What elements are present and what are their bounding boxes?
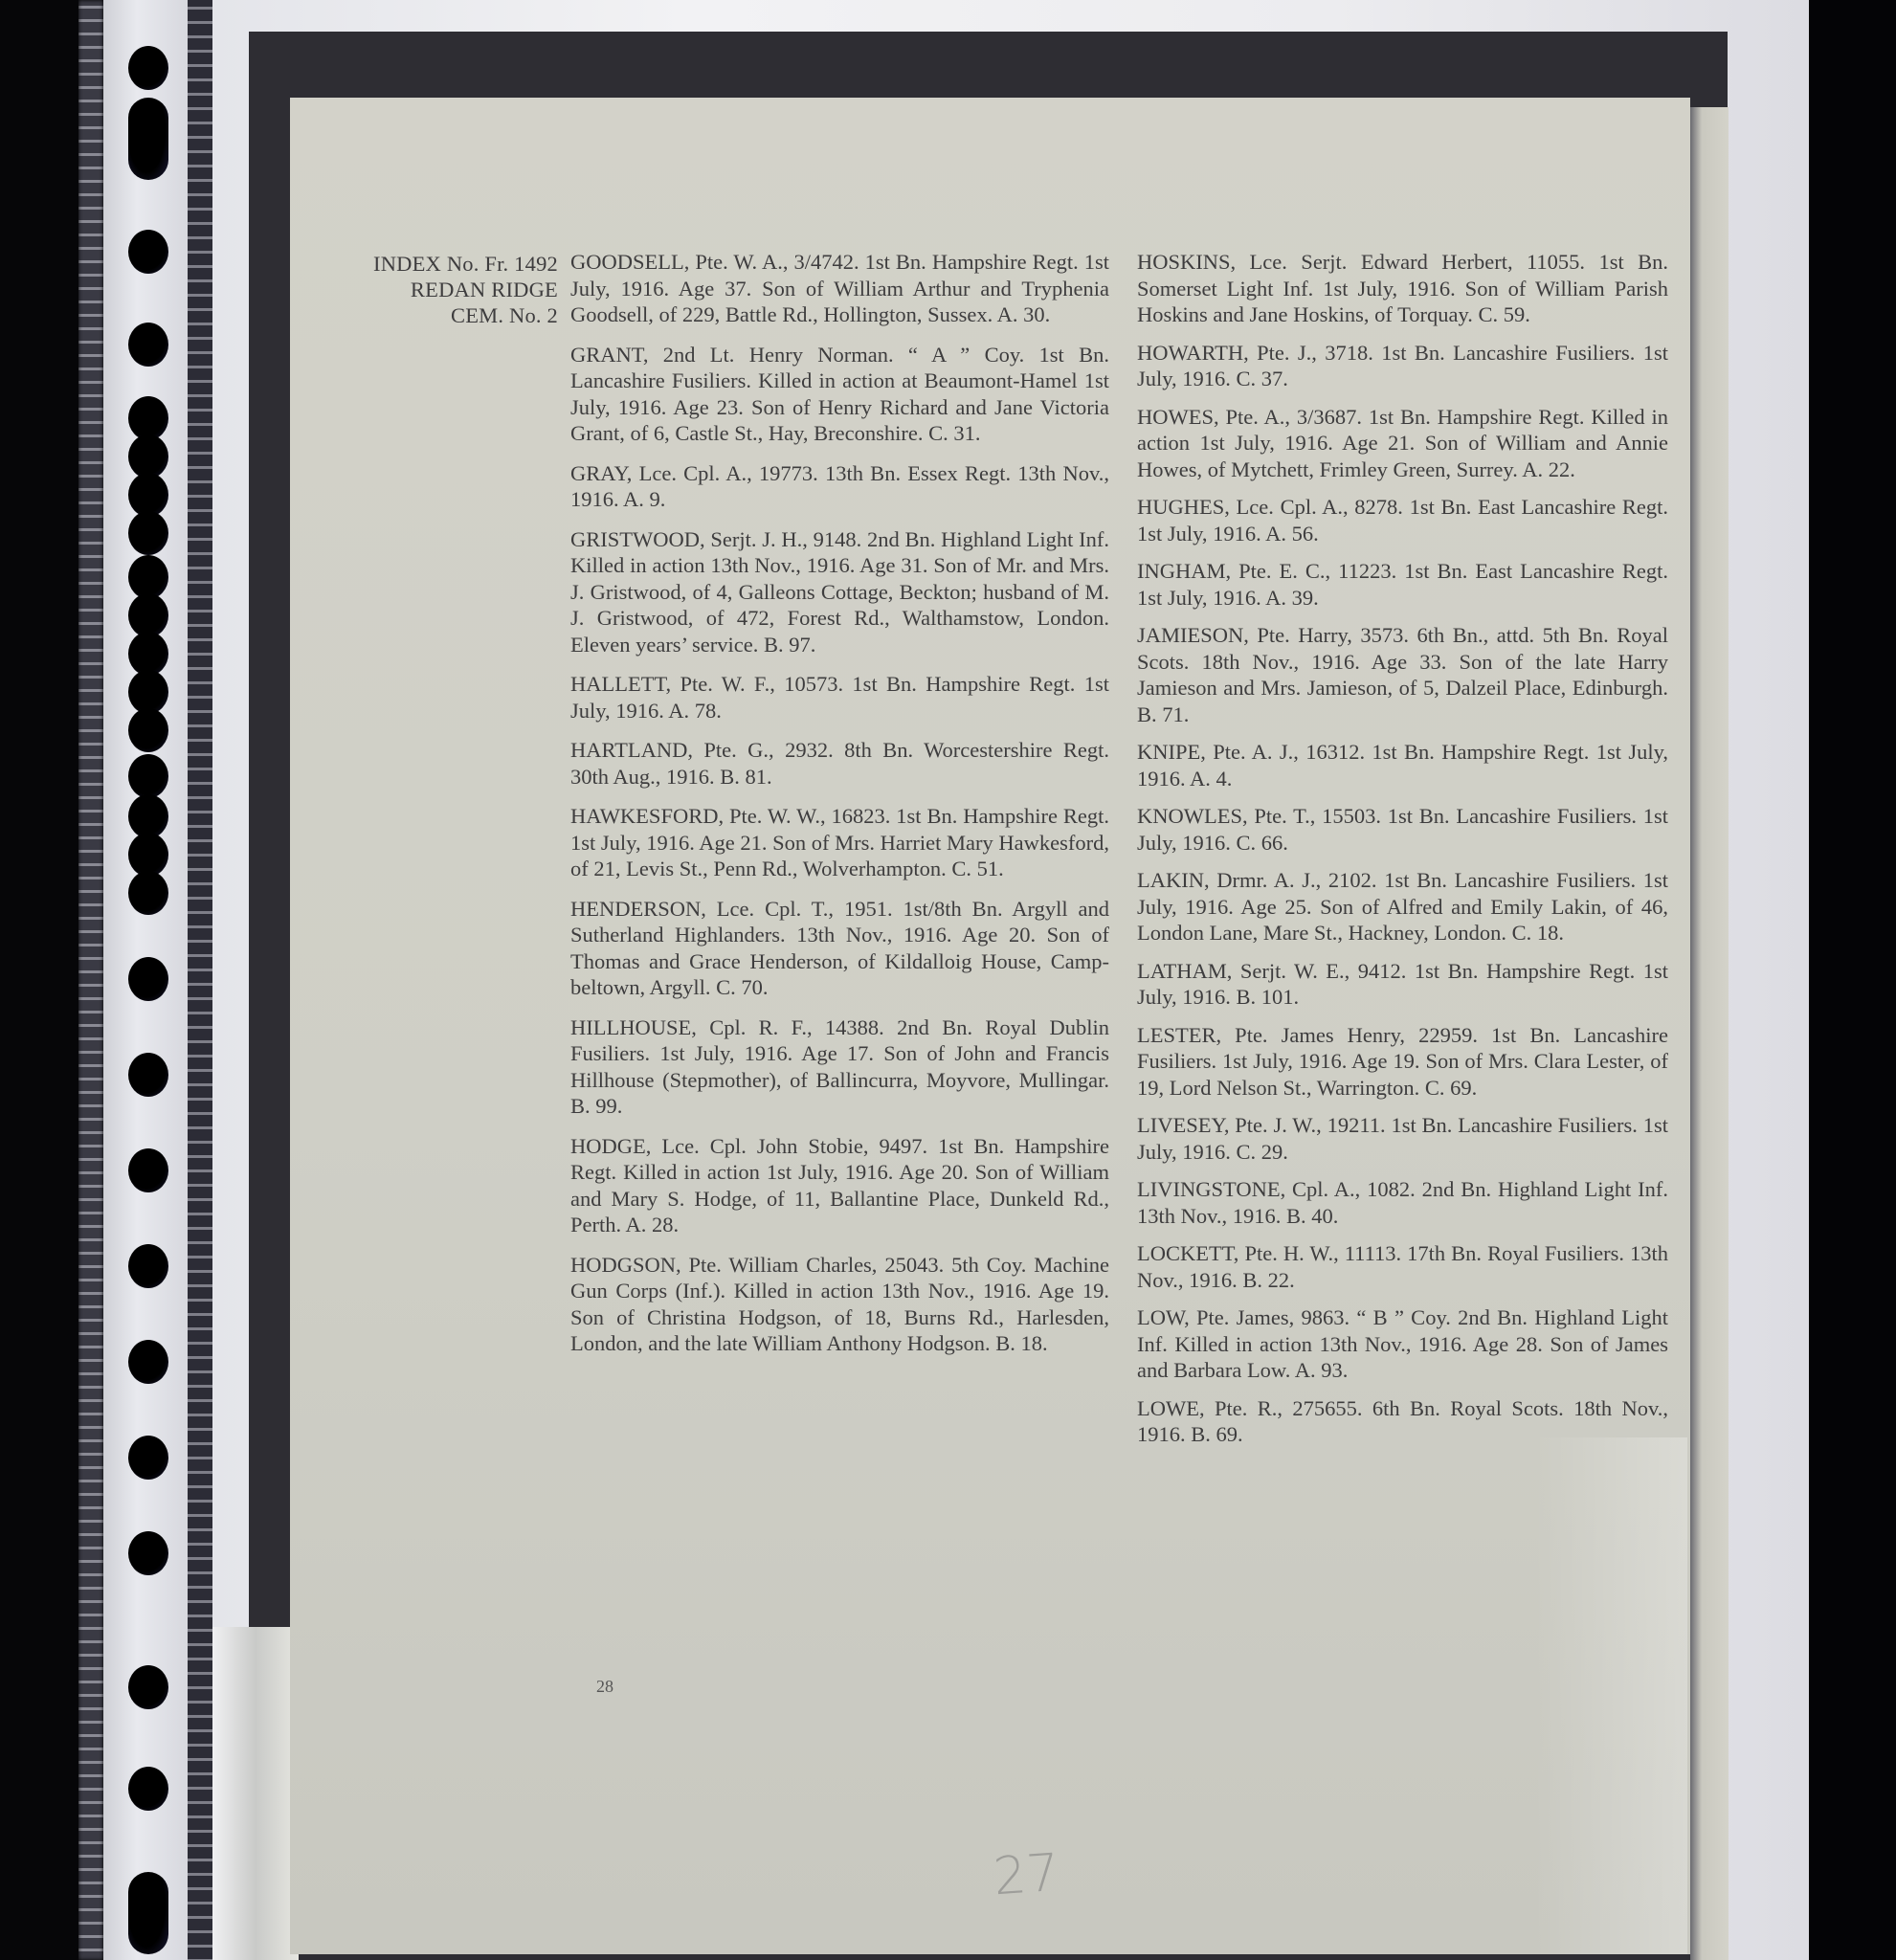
pencil-annotation: 27: [992, 1842, 1061, 1907]
casualty-entry: JAMIESON, Pte. Harry, 3573. 6th Bn., att…: [1137, 622, 1668, 727]
punch-hole: [128, 323, 168, 367]
casualty-entry: GRAY, Lce. Cpl. A., 19773. 13th Bn. Esse…: [570, 460, 1109, 513]
casualty-entry: HARTLAND, Pte. G., 2932. 8th Bn. Worcest…: [570, 737, 1109, 790]
sleeve-seam: [188, 0, 212, 1960]
casualty-entry: GOODSELL, Pte. W. A., 3/4742. 1st Bn. Ha…: [570, 249, 1109, 328]
page-right-edge: [1690, 107, 1729, 1960]
casualty-entry: LOW, Pte. James, 9863. “ B ” Coy. 2nd Bn…: [1137, 1304, 1668, 1384]
punch-hole: [128, 754, 168, 798]
punch-hole-slot: [128, 1872, 168, 1954]
casualty-entry: HILLHOUSE, Cpl. R. F., 14388. 2nd Bn. Ro…: [570, 1014, 1109, 1120]
printed-page: INDEX No. Fr. 1492 REDAN RIDGE CEM. No. …: [290, 98, 1690, 1954]
page-number: 28: [596, 1677, 613, 1697]
punch-hole: [128, 1531, 168, 1575]
sleeve-curl: [212, 1627, 299, 1960]
casualty-entry: INGHAM, Pte. E. C., 11223. 1st Bn. East …: [1137, 558, 1668, 611]
casualty-entry: HOWARTH, Pte. J., 3718. 1st Bn. Lan­cash…: [1137, 340, 1668, 392]
casualty-entry: HALLETT, Pte. W. F., 10573. 1st Bn. Hamp…: [570, 671, 1109, 724]
casualty-entry: HAWKESFORD, Pte. W. W., 16823. 1st Bn. H…: [570, 803, 1109, 882]
casualty-entry: LATHAM, Serjt. W. E., 9412. 1st Bn. Hamp…: [1137, 958, 1668, 1011]
casualty-entry: LIVINGSTONE, Cpl. A., 1082. 2nd Bn. High…: [1137, 1176, 1668, 1229]
casualty-entry: LAKIN, Drmr. A. J., 2102. 1st Bn. Lan­ca…: [1137, 867, 1668, 947]
punch-hole: [128, 1436, 168, 1480]
punch-hole: [128, 1053, 168, 1097]
punch-hole: [128, 1665, 168, 1709]
sleeve-binding-edge: [78, 0, 103, 1960]
casualty-entry: LESTER, Pte. James Henry, 22959. 1st Bn.…: [1137, 1022, 1668, 1102]
cemetery-name: REDAN RIDGE: [336, 277, 558, 302]
casualty-entry: LOCKETT, Pte. H. W., 11113. 17th Bn. Roy…: [1137, 1240, 1668, 1293]
casualty-entry: HODGE, Lce. Cpl. John Stobie, 9497. 1st …: [570, 1133, 1109, 1238]
background-shadow: [1809, 0, 1896, 1960]
punch-hole: [128, 1340, 168, 1384]
punch-hole: [128, 957, 168, 1001]
casualty-entry: GRANT, 2nd Lt. Henry Norman. “ A ” Coy. …: [570, 342, 1109, 447]
casualty-entry: HODGSON, Pte. William Charles, 25043. 5t…: [570, 1252, 1109, 1357]
casualty-entry: HOSKINS, Lce. Serjt. Edward Herbert, 110…: [1137, 249, 1668, 328]
left-column: GOODSELL, Pte. W. A., 3/4742. 1st Bn. Ha…: [570, 249, 1109, 1370]
punch-hole: [128, 871, 168, 915]
punch-hole: [128, 511, 168, 555]
cemetery-number: CEM. No. 2: [336, 302, 558, 328]
cemetery-index-label: INDEX No. Fr. 1492 REDAN RIDGE CEM. No. …: [336, 251, 558, 328]
casualty-entry: KNOWLES, Pte. T., 15503. 1st Bn. Lan­cas…: [1137, 803, 1668, 856]
punch-hole: [128, 1244, 168, 1288]
punch-hole: [128, 46, 168, 90]
glare: [1534, 1437, 1687, 1954]
casualty-entry: LOWE, Pte. R., 275655. 6th Bn. Royal Sco…: [1137, 1395, 1668, 1448]
index-number: INDEX No. Fr. 1492: [336, 251, 558, 277]
casualty-entry: HUGHES, Lce. Cpl. A., 8278. 1st Bn. East…: [1137, 494, 1668, 546]
casualty-entry: LIVESEY, Pte. J. W., 19211. 1st Bn. Lan­…: [1137, 1112, 1668, 1165]
casualty-entry: KNIPE, Pte. A. J., 16312. 1st Bn. Hamp­s…: [1137, 739, 1668, 791]
punch-hole: [128, 1767, 168, 1811]
right-column: HOSKINS, Lce. Serjt. Edward Herbert, 110…: [1137, 249, 1668, 1459]
punch-hole: [128, 1148, 168, 1192]
casualty-entry: HOWES, Pte. A., 3/3687. 1st Bn. Hampshir…: [1137, 404, 1668, 483]
punch-hole-slot: [128, 98, 168, 180]
punch-hole: [128, 230, 168, 274]
punch-hole: [128, 708, 168, 752]
casualty-entry: HENDERSON, Lce. Cpl. T., 1951. 1st/8th B…: [570, 896, 1109, 1001]
punched-binder-strip: [103, 0, 188, 1960]
casualty-entry: GRISTWOOD, Serjt. J. H., 9148. 2nd Bn. H…: [570, 526, 1109, 658]
